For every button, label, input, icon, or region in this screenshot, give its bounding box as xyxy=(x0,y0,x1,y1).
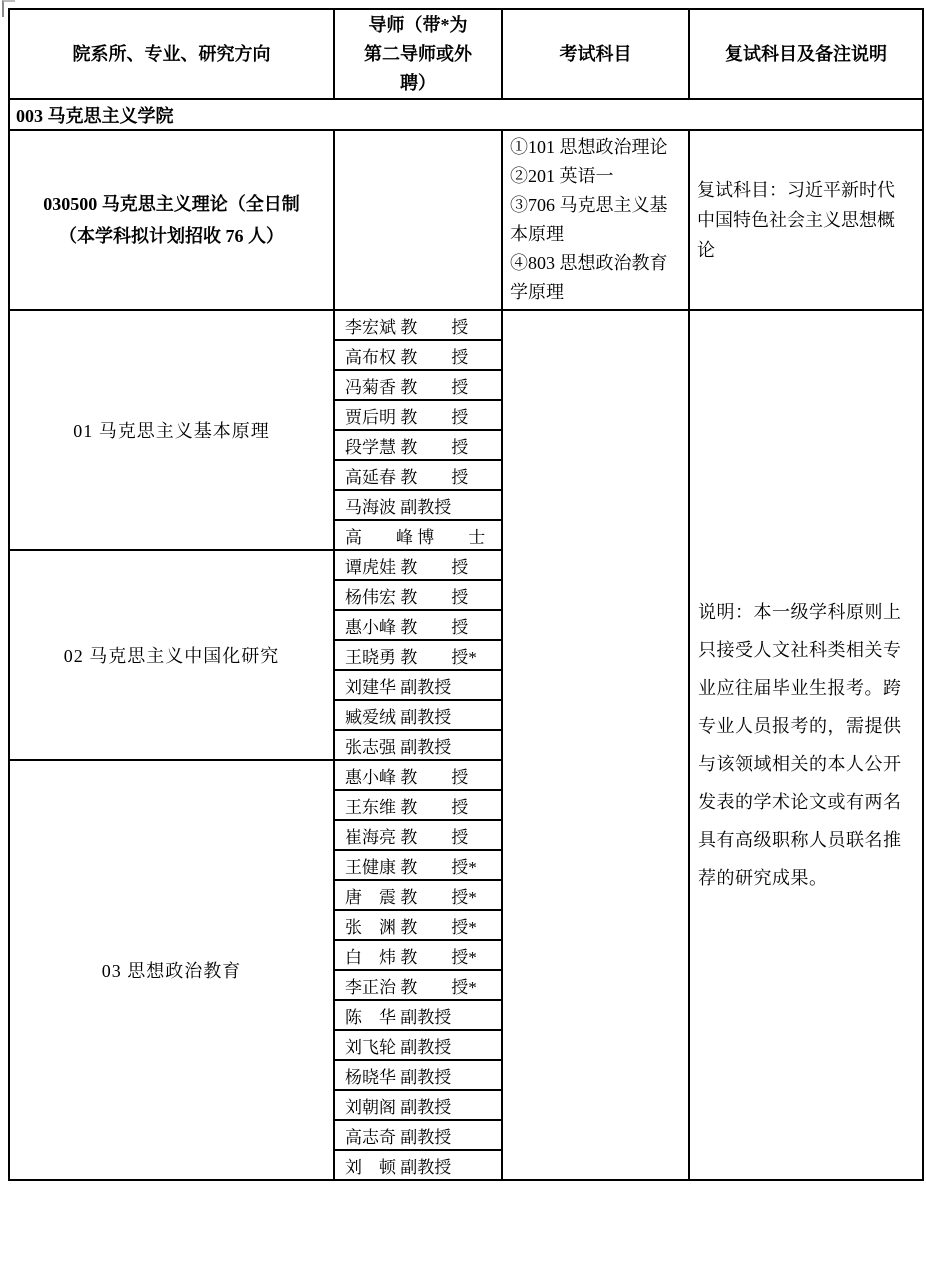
advisor-name-cell: 张志强 副教授 xyxy=(334,730,502,760)
exam-column-empty-cell xyxy=(502,310,689,1180)
advisor-name-cell: 刘飞轮 副教授 xyxy=(334,1030,502,1060)
advisor-name-cell: 惠小峰 教 授 xyxy=(334,760,502,790)
advisor-name-cell: 刘朝阁 副教授 xyxy=(334,1090,502,1120)
advisor-row: 01 马克思主义基本原理李宏斌 教 授说明：本一级学科原则上只接受人文社科类相关… xyxy=(9,310,923,340)
advisor-name-cell: 高延春 教 授 xyxy=(334,460,502,490)
advisor-name-cell: 王健康 教 授* xyxy=(334,850,502,880)
table-body: 003 马克思主义学院 030500 马克思主义理论（全日制 （本学科拟计划招收… xyxy=(9,99,923,1180)
exam-subject-line: ①101 思想政治理论 xyxy=(510,133,675,162)
advisor-name-cell: 崔海亮 教 授 xyxy=(334,820,502,850)
advisor-name-cell: 张 渊 教 授* xyxy=(334,910,502,940)
college-row: 003 马克思主义学院 xyxy=(9,99,923,130)
exam-subject-line: ④803 思想政治教育学原理 xyxy=(510,249,675,307)
retest-subject-note: 复试科目：习近平新时代中国特色社会主义思想概论 xyxy=(689,130,923,310)
research-direction-cell: 02 马克思主义中国化研究 xyxy=(9,550,334,760)
advisor-name-cell: 冯菊香 教 授 xyxy=(334,370,502,400)
program-advisor-empty-cell xyxy=(334,130,502,310)
program-title: 030500 马克思主义理论（全日制 （本学科拟计划招收 76 人） xyxy=(9,130,334,310)
advisor-name-cell: 刘 顿 副教授 xyxy=(334,1150,502,1180)
advisor-name-cell: 段学慧 教 授 xyxy=(334,430,502,460)
advisor-name-cell: 杨伟宏 教 授 xyxy=(334,580,502,610)
advisor-name-cell: 刘建华 副教授 xyxy=(334,670,502,700)
advisor-name-cell: 贾后明 教 授 xyxy=(334,400,502,430)
advisor-name-cell: 臧爱绒 副教授 xyxy=(334,700,502,730)
college-name: 003 马克思主义学院 xyxy=(9,99,923,130)
advisor-name-cell: 高 峰 博 士 xyxy=(334,520,502,550)
column-header-exam-subjects: 考试科目 xyxy=(502,9,689,99)
exam-subjects-list: ①101 思想政治理论②201 英语一③706 马克思主义基本原理④803 思想… xyxy=(510,133,675,307)
advisor-name-cell: 王东维 教 授 xyxy=(334,790,502,820)
advisor-name-cell: 惠小峰 教 授 xyxy=(334,610,502,640)
exam-subjects-cell: ①101 思想政治理论②201 英语一③706 马克思主义基本原理④803 思想… xyxy=(502,130,689,310)
column-header-department: 院系所、专业、研究方向 xyxy=(9,9,334,99)
program-row: 030500 马克思主义理论（全日制 （本学科拟计划招收 76 人） ①101 … xyxy=(9,130,923,310)
research-direction-cell: 01 马克思主义基本原理 xyxy=(9,310,334,550)
admissions-table: 院系所、专业、研究方向 导师（带*为 第二导师或外 聘） 考试科目 复试科目及备… xyxy=(8,8,924,1181)
advisor-name-cell: 王晓勇 教 授* xyxy=(334,640,502,670)
remarks-note-cell: 说明：本一级学科原则上只接受人文社科类相关专业应往届毕业生报考。跨专业人员报考的… xyxy=(689,310,923,1180)
advisor-name-cell: 谭虎娃 教 授 xyxy=(334,550,502,580)
advisor-name-cell: 李正治 教 授* xyxy=(334,970,502,1000)
advisor-name-cell: 杨晓华 副教授 xyxy=(334,1060,502,1090)
column-header-advisors: 导师（带*为 第二导师或外 聘） xyxy=(334,9,502,99)
advisor-name-cell: 唐 震 教 授* xyxy=(334,880,502,910)
exam-subject-line: ③706 马克思主义基本原理 xyxy=(510,191,675,249)
table-header-row: 院系所、专业、研究方向 导师（带*为 第二导师或外 聘） 考试科目 复试科目及备… xyxy=(9,9,923,99)
exam-subject-line: ②201 英语一 xyxy=(510,162,675,191)
advisor-name-cell: 高志奇 副教授 xyxy=(334,1120,502,1150)
research-direction-cell: 03 思想政治教育 xyxy=(9,760,334,1180)
advisor-name-cell: 高布权 教 授 xyxy=(334,340,502,370)
advisor-name-cell: 马海波 副教授 xyxy=(334,490,502,520)
advisor-name-cell: 李宏斌 教 授 xyxy=(334,310,502,340)
advisor-name-cell: 白 炜 教 授* xyxy=(334,940,502,970)
advisor-name-cell: 陈 华 副教授 xyxy=(334,1000,502,1030)
column-header-retest-notes: 复试科目及备注说明 xyxy=(689,9,923,99)
